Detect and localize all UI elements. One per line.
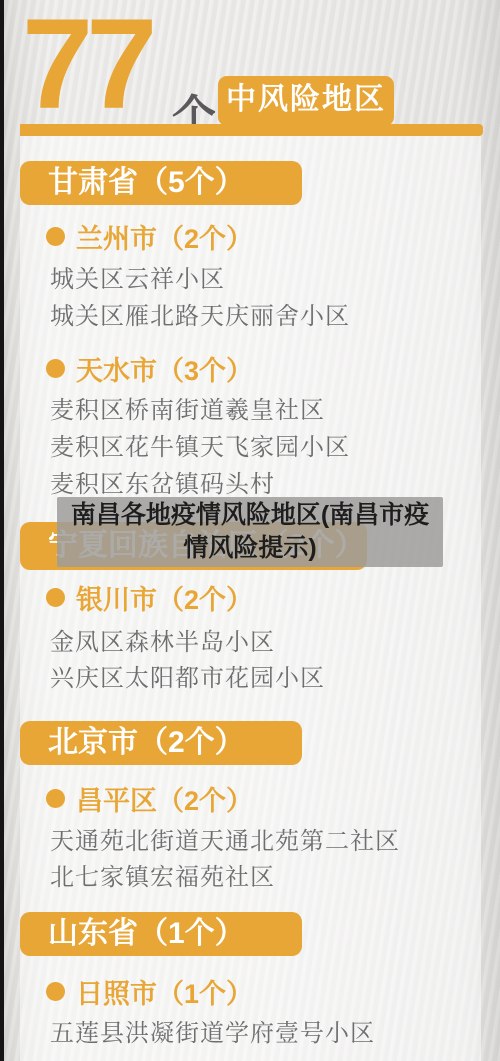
province-header-beijing: 北京市（2个） xyxy=(20,721,302,765)
risk-area-item: 天通苑北街道天通北苑第二社区 xyxy=(50,821,400,856)
bullet-icon xyxy=(46,982,65,1001)
risk-area-item: 北七家镇宏福苑社区 xyxy=(50,857,275,892)
watermark-banner: 南昌各地疫情风险地区(南昌市疫情风险提示) xyxy=(57,497,443,567)
city-label-text: 兰州市（2个） xyxy=(76,217,253,256)
risk-area-item: 兴庆区太阳都市花园小区 xyxy=(50,658,325,693)
risk-area-item: 麦积区桥南街道羲皇社区 xyxy=(50,390,325,425)
bullet-icon xyxy=(46,359,65,378)
risk-area-item: 城关区雁北路天庆丽舍小区 xyxy=(50,296,350,331)
city-label-text: 昌平区（2个） xyxy=(76,779,253,818)
bullet-icon xyxy=(46,227,65,246)
city-label-yinchuan: 银川市（2个） xyxy=(46,582,253,612)
risk-area-item: 城关区云祥小区 xyxy=(50,259,225,294)
infographic-page: 77 个 中风险地区 甘肃省（5个） 兰州市（2个） 城关区云祥小区 城关区雁北… xyxy=(0,0,500,1061)
city-label-tianshui: 天水市（3个） xyxy=(46,353,253,383)
risk-area-item: 五莲县洪凝街道学府壹号小区 xyxy=(50,1013,375,1048)
province-header-shandong: 山东省（1个） xyxy=(20,912,302,956)
watermark-text: 南昌各地疫情风险地区(南昌市疫情风险提示) xyxy=(71,501,429,562)
risk-area-item: 麦积区东岔镇码头村 xyxy=(50,464,275,499)
city-label-rizhao: 日照市（1个） xyxy=(46,976,253,1006)
risk-level-badge: 中风险地区 xyxy=(218,76,394,126)
left-dark-edge xyxy=(0,0,4,1061)
risk-area-item: 麦积区花牛镇天飞家园小区 xyxy=(50,427,350,462)
bullet-icon xyxy=(46,588,65,607)
city-label-text: 银川市（2个） xyxy=(76,578,253,617)
risk-area-item: 金凤区森林半岛小区 xyxy=(50,622,275,657)
province-header-gansu: 甘肃省（5个） xyxy=(20,161,302,205)
city-label-text: 天水市（3个） xyxy=(76,349,253,388)
city-label-changping: 昌平区（2个） xyxy=(46,783,253,813)
city-label-text: 日照市（1个） xyxy=(76,972,253,1011)
risk-area-count: 77 xyxy=(22,0,150,131)
bullet-icon xyxy=(46,789,65,808)
city-label-lanzhou: 兰州市（2个） xyxy=(46,221,253,251)
